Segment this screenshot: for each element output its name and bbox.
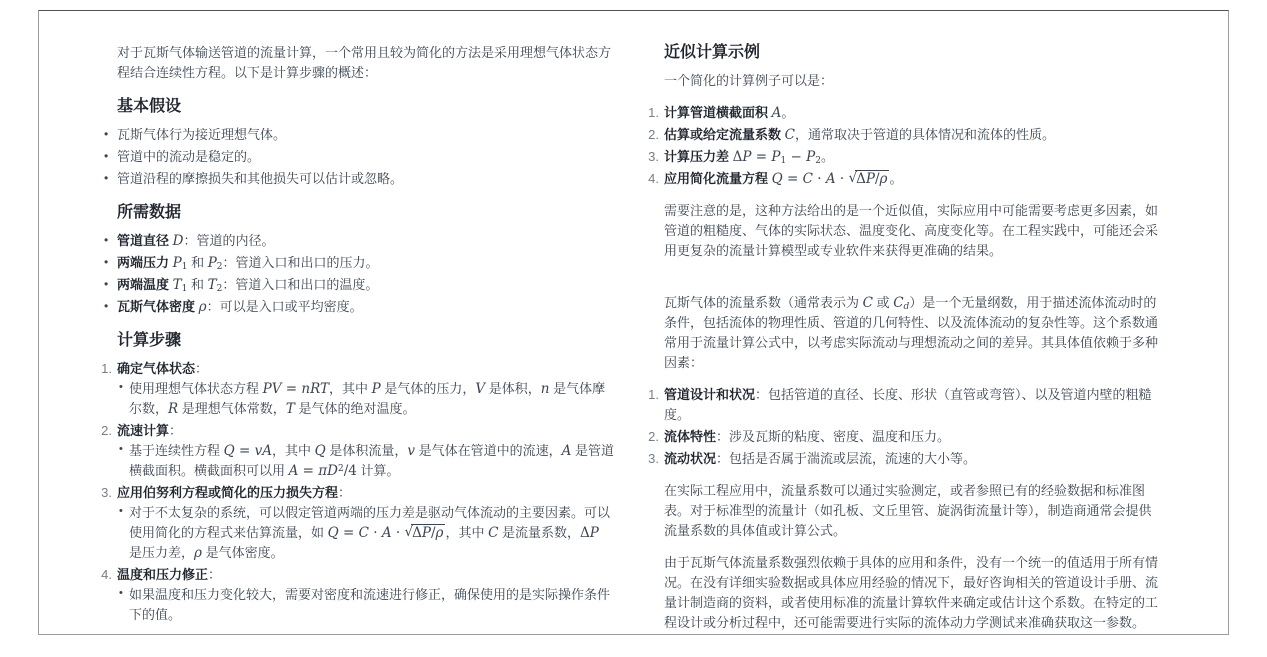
math-expression: Q = C · A · √ΔP/ρ (772, 171, 890, 187)
math-expression: Q = C · A · √ΔP/ρ (328, 525, 446, 541)
bold-text: 管道直径 (117, 233, 169, 248)
bullet-list: 瓦斯气体行为接近理想气体。管道中的流动是稳定的。管道沿程的摩擦损失和其他损失可以… (117, 125, 614, 189)
list-marker: 4. (101, 565, 112, 585)
bullet-item: 瓦斯气体密度 ρ：可以是入口或平均密度。 (117, 297, 614, 317)
numbered-item-text: 温度和压力修正： (117, 567, 221, 582)
paragraph: 对于瓦斯气体输送管道的流量计算，一个常用且较为简化的方法是采用理想气体状态方程结… (117, 43, 614, 83)
numbered-item: 2.估算或给定流量系数 C，通常取决于管道的具体情况和流体的性质。 (664, 125, 1161, 145)
numbered-item: 4.应用简化流量方程 Q = C · A · √ΔP/ρ。 (664, 169, 1161, 189)
bold-text: 两端压力 (117, 255, 169, 270)
numbered-item: 4.温度和压力修正：如果温度和压力变化较大，需要对密度和流速进行修正，确保使用的… (117, 565, 614, 625)
numbered-item-text: 流速计算： (117, 423, 182, 438)
math-expression: P1 (173, 255, 188, 271)
sqrt-radicand: ΔP/ρ (411, 524, 445, 541)
paragraph: 需要注意的是，这种方法给出的是一个近似值，实际应用中可能需要考虑更多因素，如管道… (664, 201, 1161, 261)
bold-text: 确定气体状态 (117, 361, 195, 376)
list-marker: 1. (648, 385, 659, 405)
nested-bullet-item: 基于连续性方程 Q = vA，其中 Q 是体积流量，v 是气体在管道中的流速，A… (129, 441, 614, 481)
paragraph: 一个简化的计算例子可以是： (664, 71, 1161, 91)
math-expression: C (488, 525, 498, 541)
math-expression: A (562, 443, 572, 459)
list-marker: 2. (648, 427, 659, 447)
math-expression: V (475, 381, 485, 397)
right-column: 近似计算示例一个简化的计算例子可以是：1.计算管道横截面积 A。2.估算或给定流… (664, 43, 1161, 635)
list-marker: 4. (648, 169, 659, 189)
numbered-list: 1.计算管道横截面积 A。2.估算或给定流量系数 C，通常取决于管道的具体情况和… (664, 103, 1161, 189)
numbered-item-text: 计算管道横截面积 A。 (664, 105, 794, 120)
nested-bullet-list: 如果温度和压力变化较大，需要对密度和流速进行修正，确保使用的是实际操作条件下的值… (129, 585, 614, 625)
numbered-item-text: 应用伯努利方程或简化的压力损失方程： (117, 485, 351, 500)
math-expression: R (168, 401, 178, 417)
math-expression: v (407, 443, 415, 459)
numbered-list: 1.管道设计和状况：包括管道的直径、长度、形状（直管或弯管）、以及管道内壁的粗糙… (664, 385, 1161, 469)
bold-text: 计算压力差 (664, 149, 729, 164)
numbered-item-text: 应用简化流量方程 Q = C · A · √ΔP/ρ。 (664, 171, 902, 186)
section-heading: 所需数据 (117, 203, 614, 223)
nested-bullet-list: 对于不太复杂的系统，可以假定管道两端的压力差是驱动气体流动的主要因素。可以使用简… (129, 503, 614, 563)
math-expression: ΔP = P1 − P2 (733, 149, 821, 165)
section-heading: 基本假设 (117, 97, 614, 117)
math-expression: T2 (208, 277, 223, 293)
bold-text: 流体特性 (664, 429, 716, 444)
list-marker: 2. (648, 125, 659, 145)
math-expression: A = πD2/4 (289, 463, 357, 479)
bold-text: 流动状况 (664, 451, 716, 466)
bullet-item: 管道直径 D：管道的内径。 (117, 231, 614, 251)
bold-text: 两端温度 (117, 277, 169, 292)
math-expression: Q = vA (224, 443, 272, 459)
bold-text: 温度和压力修正 (117, 567, 208, 582)
numbered-item-text: 流体特性：涉及瓦斯的粘度、密度、温度和压力。 (664, 429, 950, 444)
math-expression: D (173, 233, 184, 249)
numbered-item: 3.计算压力差 ΔP = P1 − P2。 (664, 147, 1161, 167)
section-heading: 计算步骤 (117, 331, 614, 351)
numbered-item-text: 流动状况：包括是否属于湍流或层流，流速的大小等。 (664, 451, 976, 466)
document-columns: 对于瓦斯气体输送管道的流量计算，一个常用且较为简化的方法是采用理想气体状态方程结… (117, 43, 1228, 635)
math-expression: ρ (194, 545, 202, 561)
bold-text: 计算管道横截面积 (664, 105, 768, 120)
list-marker: 1. (648, 103, 659, 123)
math-expression: T1 (173, 277, 188, 293)
message-gap (664, 273, 1161, 293)
numbered-item-text: 估算或给定流量系数 C，通常取决于管道的具体情况和流体的性质。 (664, 127, 1055, 142)
bold-text: 应用伯努利方程或简化的压力损失方程 (117, 485, 338, 500)
sqrt-expression: √ΔP/ρ (849, 169, 890, 189)
math-expression: ΔP (580, 525, 599, 541)
sqrt-symbol: √ (849, 168, 858, 188)
numbered-item: 2.流速计算：基于连续性方程 Q = vA，其中 Q 是体积流量，v 是气体在管… (117, 421, 614, 481)
sqrt-expression: √ΔP/ρ (404, 523, 445, 543)
sqrt-radicand: ΔP/ρ (855, 170, 889, 187)
numbered-item-text: 计算压力差 ΔP = P1 − P2。 (664, 149, 834, 164)
bullet-item: 管道中的流动是稳定的。 (117, 147, 614, 167)
numbered-item: 2.流体特性：涉及瓦斯的粘度、密度、温度和压力。 (664, 427, 1161, 447)
math-expression: Cd (893, 295, 909, 311)
math-expression: ΔP/ρ (412, 525, 443, 541)
bold-text: 瓦斯气体密度 (117, 299, 195, 314)
math-expression: C (863, 295, 873, 311)
section-heading: 近似计算示例 (664, 43, 1161, 63)
list-marker: 3. (648, 147, 659, 167)
math-expression: T (286, 401, 295, 417)
numbered-item: 3.流动状况：包括是否属于湍流或层流，流速的大小等。 (664, 449, 1161, 469)
nested-bullet-list: 基于连续性方程 Q = vA，其中 Q 是体积流量，v 是气体在管道中的流速，A… (129, 441, 614, 481)
nested-bullet-item: 如果温度和压力变化较大，需要对密度和流速进行修正，确保使用的是实际操作条件下的值… (129, 585, 614, 625)
bold-text: 应用简化流量方程 (664, 171, 768, 186)
list-marker: 2. (101, 421, 112, 441)
math-expression: Q (315, 443, 326, 459)
numbered-list: 1.确定气体状态：使用理想气体状态方程 PV = nRT，其中 P 是气体的压力… (117, 359, 614, 625)
list-marker: 1. (101, 359, 112, 379)
math-expression: n (541, 381, 550, 397)
sqrt-symbol: √ (404, 522, 413, 542)
math-expression: ρ (199, 299, 207, 315)
math-expression: A (772, 105, 782, 121)
numbered-item-text: 管道设计和状况：包括管道的直径、长度、形状（直管或弯管）、以及管道内壁的粗糙度。 (664, 387, 1152, 422)
bullet-list: 管道直径 D：管道的内径。两端压力 P1 和 P2：管道入口和出口的压力。两端温… (117, 231, 614, 317)
numbered-item-text: 确定气体状态： (117, 361, 208, 376)
nested-bullet-item: 对于不太复杂的系统，可以假定管道两端的压力差是驱动气体流动的主要因素。可以使用简… (129, 503, 614, 563)
bold-text: 估算或给定流量系数 (664, 127, 781, 142)
left-column: 对于瓦斯气体输送管道的流量计算，一个常用且较为简化的方法是采用理想气体状态方程结… (117, 43, 614, 635)
paragraph: 由于瓦斯气体流量系数强烈依赖于具体的应用和条件，没有一个统一的值适用于所有情况。… (664, 553, 1161, 633)
numbered-item: 1.计算管道横截面积 A。 (664, 103, 1161, 123)
nested-bullet-list: 使用理想气体状态方程 PV = nRT，其中 P 是气体的压力，V 是体积，n … (129, 379, 614, 419)
math-expression: P (372, 381, 381, 397)
bold-text: 管道设计和状况 (664, 387, 755, 402)
numbered-item: 1.确定气体状态：使用理想气体状态方程 PV = nRT，其中 P 是气体的压力… (117, 359, 614, 419)
list-marker: 3. (648, 449, 659, 469)
bullet-item: 两端压力 P1 和 P2：管道入口和出口的压力。 (117, 253, 614, 273)
bullet-item: 瓦斯气体行为接近理想气体。 (117, 125, 614, 145)
paragraph: 瓦斯气体的流量系数（通常表示为 C 或 Cd）是一个无量纲数，用于描述流体流动时… (664, 293, 1161, 373)
math-expression: ΔP/ρ (856, 171, 887, 187)
bold-text: 流速计算 (117, 423, 169, 438)
math-expression: P2 (208, 255, 223, 271)
math-expression: C (785, 127, 795, 143)
paragraph: 在实际工程应用中，流量系数可以通过实验测定，或者参照已有的经验数据和标准图表。对… (664, 481, 1161, 541)
bullet-item: 两端温度 T1 和 T2：管道入口和出口的温度。 (117, 275, 614, 295)
list-marker: 3. (101, 483, 112, 503)
nested-bullet-item: 使用理想气体状态方程 PV = nRT，其中 P 是气体的压力，V 是体积，n … (129, 379, 614, 419)
document-page: 对于瓦斯气体输送管道的流量计算，一个常用且较为简化的方法是采用理想气体状态方程结… (38, 10, 1229, 635)
numbered-item: 1.管道设计和状况：包括管道的直径、长度、形状（直管或弯管）、以及管道内壁的粗糙… (664, 385, 1161, 425)
bullet-item: 管道沿程的摩擦损失和其他损失可以估计或忽略。 (117, 169, 614, 189)
numbered-item: 3.应用伯努利方程或简化的压力损失方程：对于不太复杂的系统，可以假定管道两端的压… (117, 483, 614, 563)
math-expression: PV = nRT (263, 381, 329, 397)
